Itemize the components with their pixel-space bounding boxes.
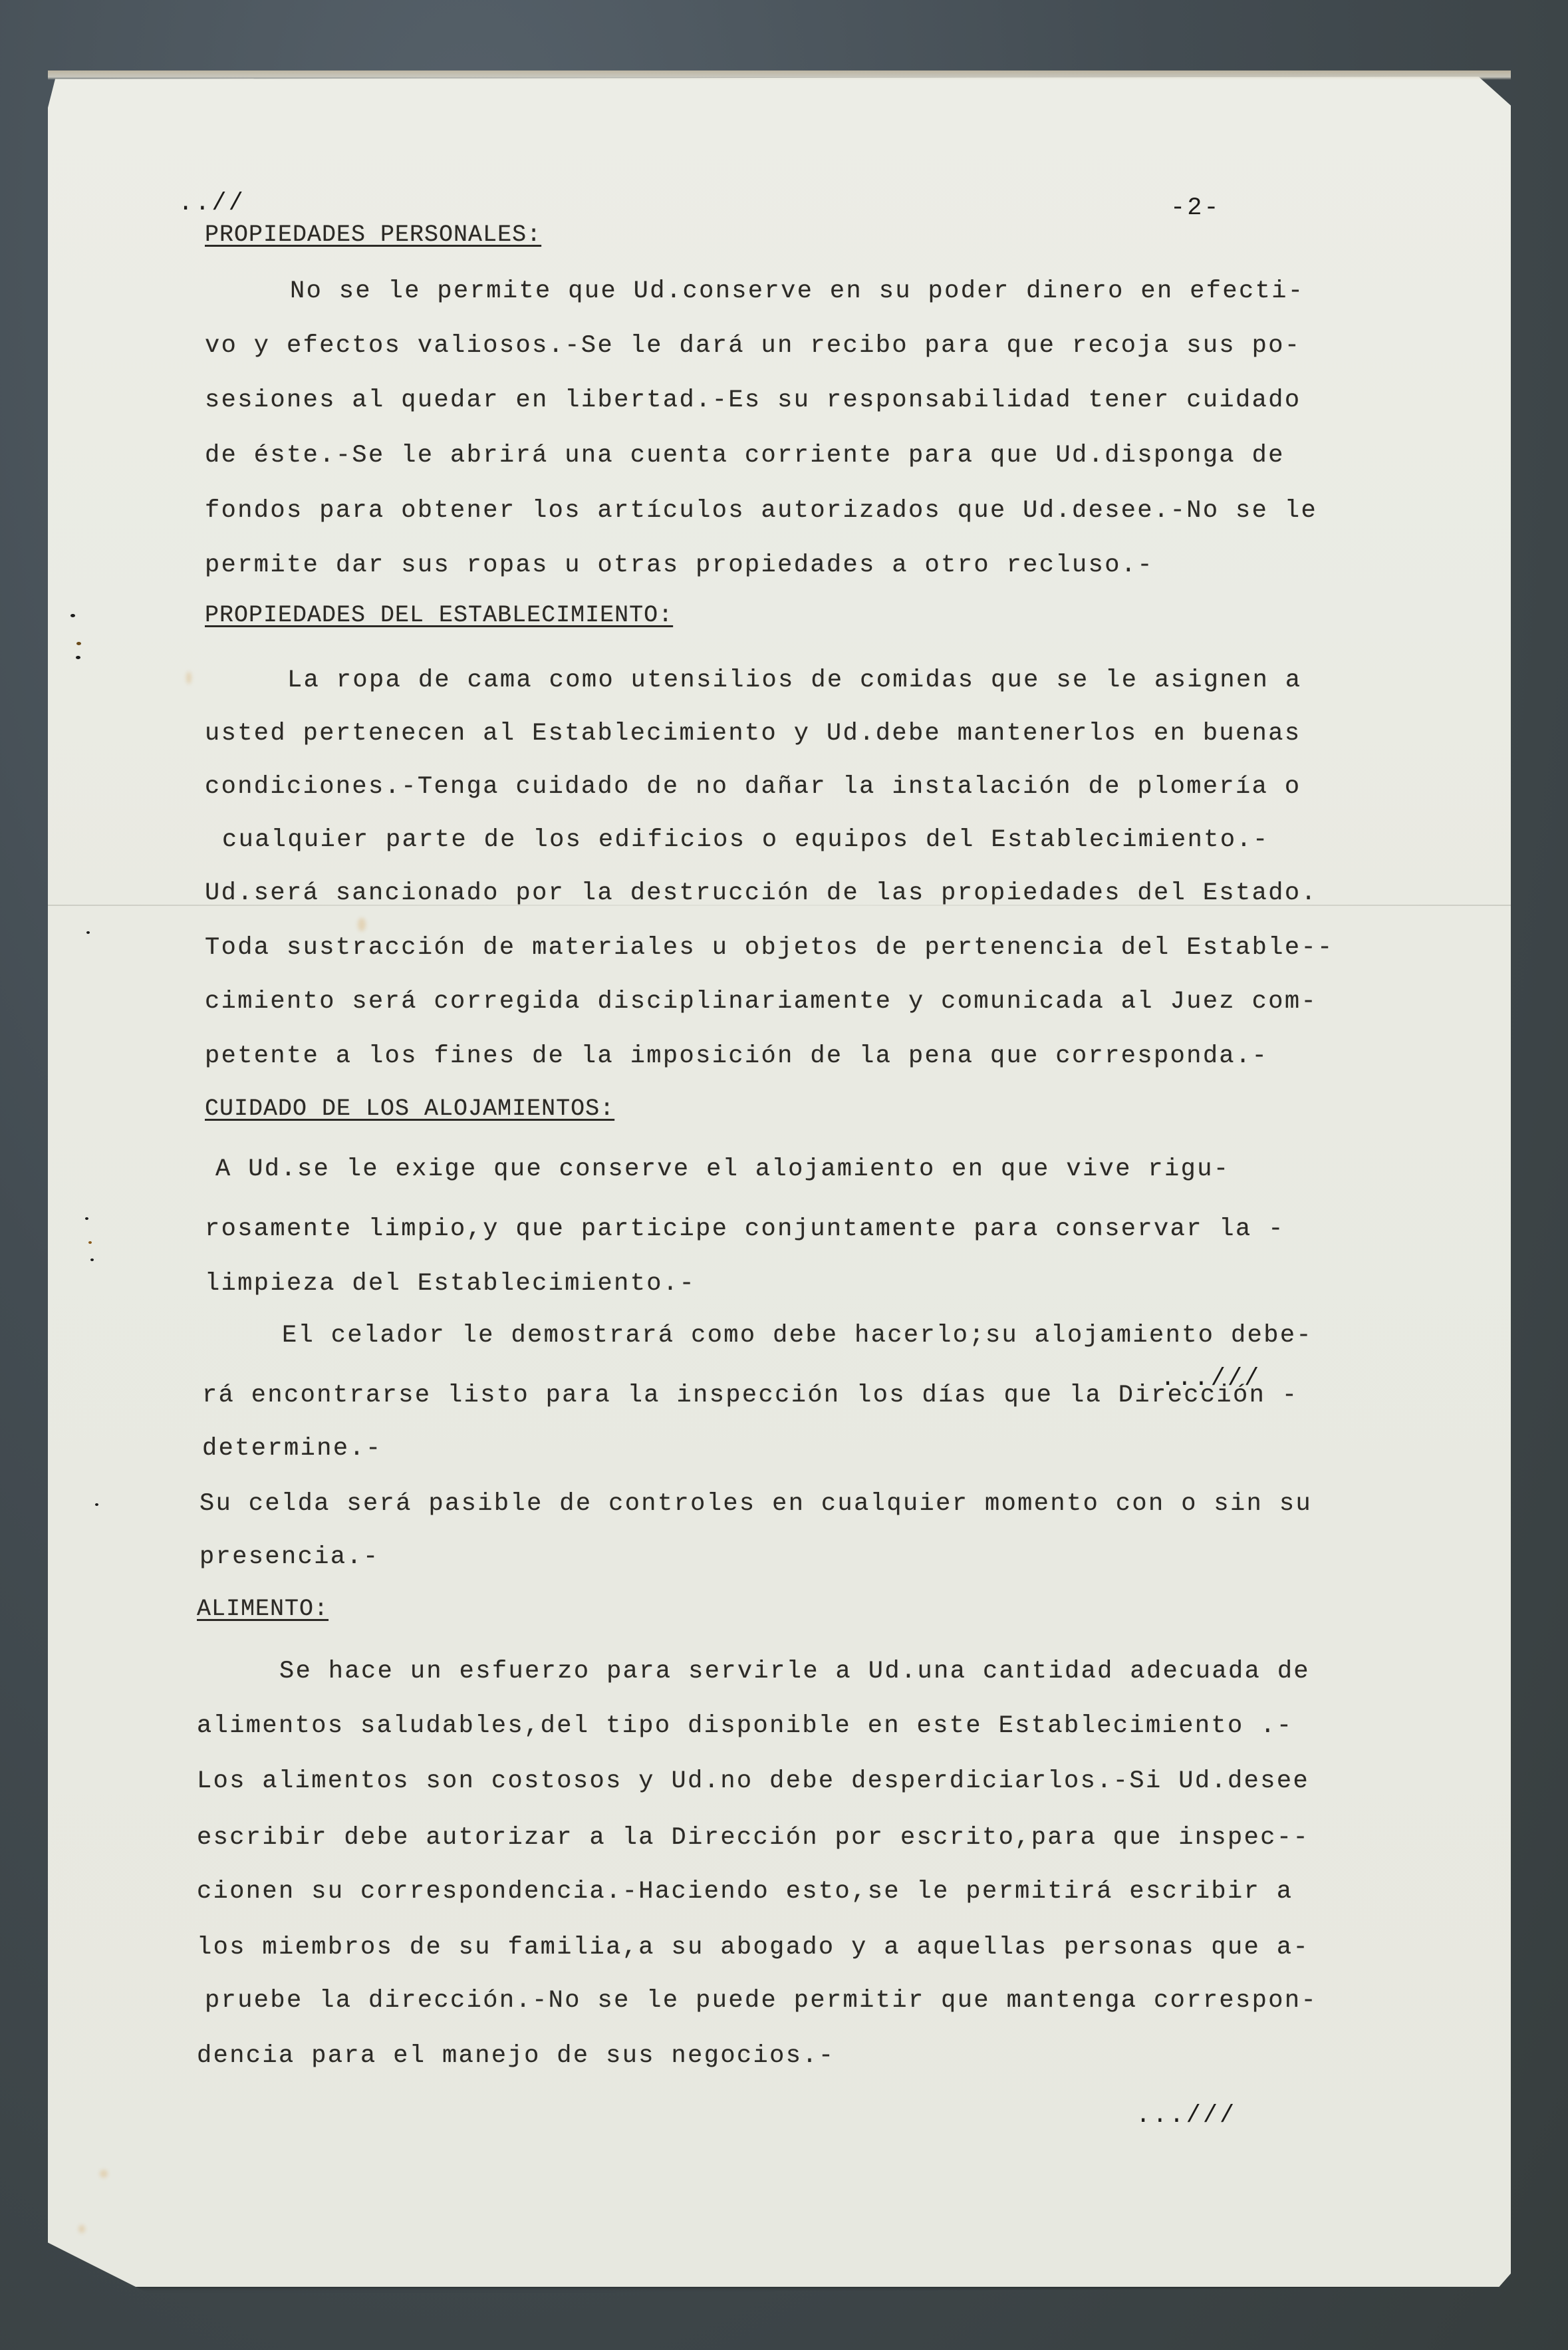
continuation-mark-bottom: .../// [1136, 2102, 1236, 2130]
text-line: condiciones.-Tenga cuidado de no dañar l… [205, 775, 1301, 800]
margin-dot [90, 1258, 94, 1261]
text-line: dencia para el manejo de sus negocios.- [197, 2044, 835, 2069]
text-line: cualquier parte de los edificios o equip… [222, 828, 1269, 853]
text-line: fondos para obtener los artículos autori… [205, 499, 1317, 523]
text-line: Ud.será sancionado por la destrucción de… [205, 881, 1317, 906]
text-line: Toda sustracción de materiales u objetos… [205, 936, 1334, 960]
text-line: usted pertenecen al Establecimiento y Ud… [205, 722, 1301, 746]
continuation-mark-top: ..// [178, 190, 245, 218]
text-line: Los alimentos son costosos y Ud.no debe … [197, 1769, 1309, 1794]
text-line: rá encontrarse listo para la inspección … [202, 1384, 1298, 1408]
text-line: A Ud.se le exige que conserve el alojami… [215, 1157, 1230, 1182]
text-line: No se le permite que Ud.conserve en su p… [290, 279, 1304, 304]
margin-dot [85, 1217, 88, 1220]
text-line: escribir debe autorizar a la Dirección p… [197, 1826, 1309, 1850]
margin-dot [76, 656, 80, 659]
section-heading-food: ALIMENTO: [197, 1598, 328, 1621]
text-line: pruebe la dirección.-No se le puede perm… [205, 1989, 1317, 2013]
text-line: La ropa de cama como utensilios de comid… [287, 668, 1301, 693]
foxing-stain [186, 672, 192, 684]
section-heading-personal-property: PROPIEDADES PERSONALES: [205, 223, 541, 247]
margin-dot [86, 931, 90, 934]
text-line: permite dar sus ropas u otras propiedade… [205, 553, 1154, 578]
text-line: cionen su correspondencia.-Haciendo esto… [197, 1880, 1293, 1904]
text-line: limpieza del Establecimiento.- [205, 1272, 696, 1296]
paper-top-edge [48, 71, 1511, 80]
margin-dot [70, 614, 75, 617]
text-line: alimentos saludables,del tipo disponible… [197, 1714, 1293, 1739]
page-number: -2- [1170, 194, 1221, 222]
text-line: determine.- [202, 1437, 382, 1461]
text-line: Se hace un esfuerzo para servirle a Ud.u… [279, 1660, 1310, 1684]
foxing-stain [100, 2170, 108, 2178]
text-line: sesiones al quedar en libertad.-Es su re… [205, 388, 1301, 413]
margin-dot [76, 642, 81, 645]
section-heading-lodging-care: CUIDADO DE LOS ALOJAMIENTOS: [205, 1098, 614, 1121]
foxing-stain [358, 918, 366, 931]
text-line: El celador le demostrará como debe hacer… [282, 1324, 1313, 1348]
text-line: Su celda será pasible de controles en cu… [199, 1492, 1312, 1517]
margin-dot [88, 1241, 92, 1244]
text-line: presencia.- [199, 1545, 380, 1570]
text-line: cimiento será corregida disciplinariamen… [205, 990, 1317, 1014]
text-line: petente a los fines de la imposición de … [205, 1044, 1268, 1069]
text-line: los miembros de su familia,a su abogado … [197, 1936, 1309, 1960]
text-line: de éste.-Se le abrirá una cuenta corrien… [205, 444, 1285, 468]
section-heading-establishment-property: PROPIEDADES DEL ESTABLECIMIENTO: [205, 604, 673, 627]
foxing-stain [78, 2225, 85, 2233]
margin-dot [95, 1503, 98, 1506]
text-line: rosamente limpio,y que participe conjunt… [205, 1217, 1285, 1242]
text-line: vo y efectos valiosos.-Se le dará un rec… [205, 334, 1301, 359]
